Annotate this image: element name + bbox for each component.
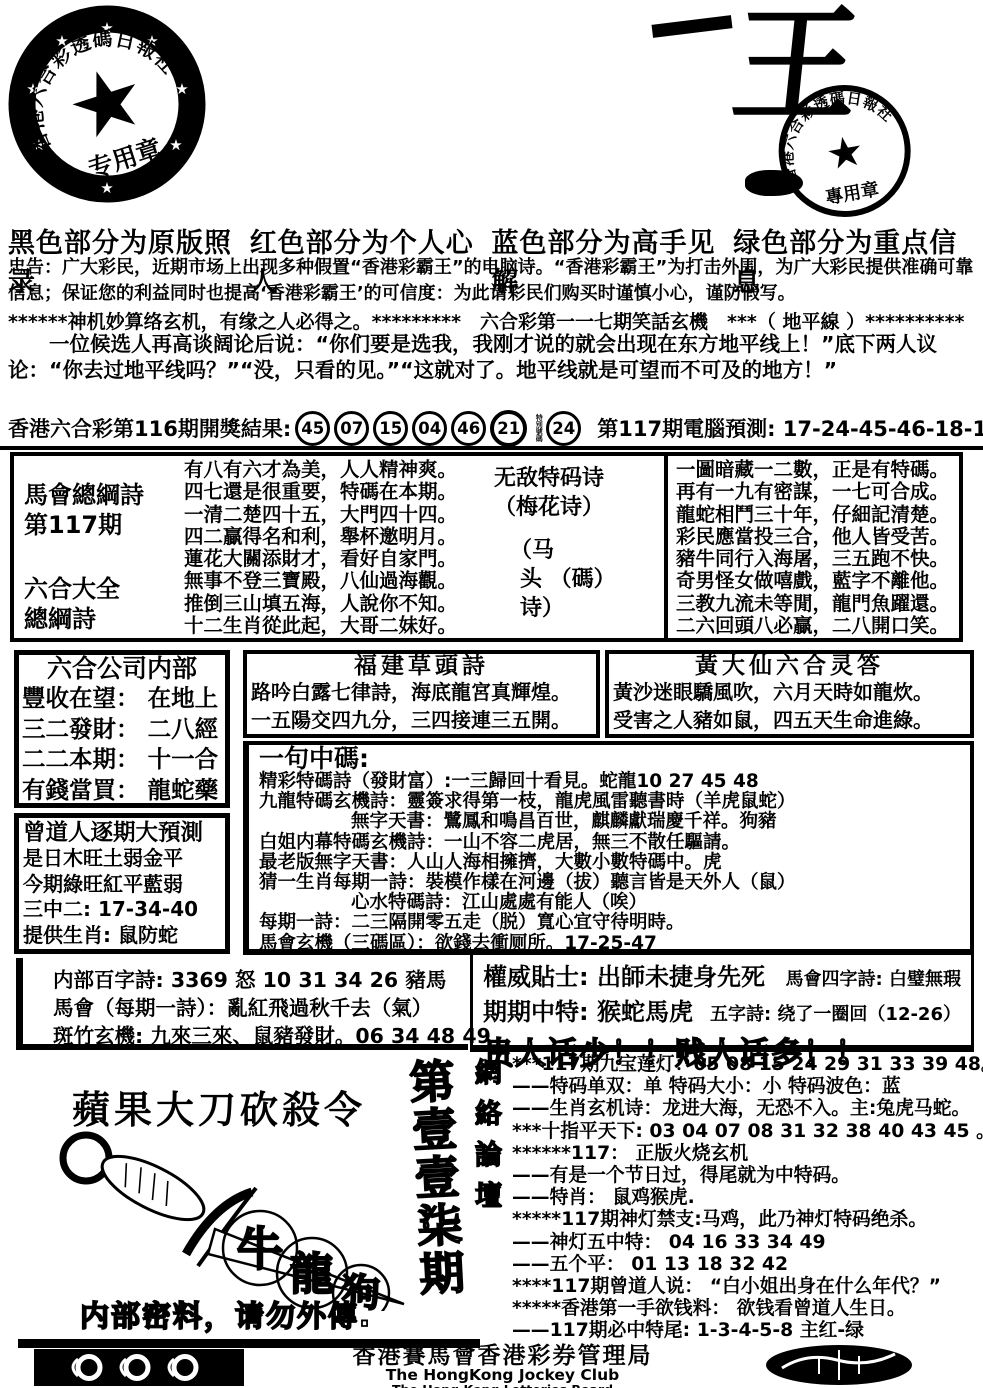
poem-line: 四七還是很重要，特碼在本期。 xyxy=(184,481,494,503)
stamp-star-icon: ★ xyxy=(169,136,182,154)
dagger-illustration: 牛 龍 狗 xyxy=(48,1126,423,1315)
code-line: 精彩特碼詩（發財富）:一三歸回十看見。蛇龍10 27 45 48 xyxy=(259,772,970,792)
forum-line: ——神灯五中特： 04 16 33 34 49 xyxy=(512,1232,980,1254)
heading-line: 无敌特码诗 xyxy=(494,464,664,493)
tip-line: 期期中特: 猴蛇馬虎 xyxy=(483,992,693,1027)
code-line: 每期一詩：二三隔開零五走（脱）寬心宜守待明時。 xyxy=(259,913,970,933)
stamp-star-icon: ★ xyxy=(175,80,188,98)
draw-number-ball: 45 xyxy=(295,411,330,446)
joke-paragraph: 一位候选人再高谈阔论后说：“你们要是选我，我刚才说的就会出现在东方地平线上！”底… xyxy=(8,331,977,383)
box-title: 曾道人逐期大預測 xyxy=(23,820,221,846)
net-forum-banner-vertical: 網絡論壇 xyxy=(466,1058,505,1303)
box-title: 黃大仙六合灵答 xyxy=(613,654,966,679)
heading-line: （梅花诗） xyxy=(494,493,664,522)
authority-tips-box: 權威貼士: 出師未捷身先死 馬會四字詩: 白璧無瑕 期期中特: 猴蛇馬虎 五字詩… xyxy=(470,951,974,1052)
net-forum-list: ***117期九宝莲灯：05 08 15 24 29 31 33 39 48。 … xyxy=(512,1054,980,1343)
tip-line: 豐收在望： 在地上 xyxy=(22,683,222,714)
draw-number-ball: 04 xyxy=(412,411,447,446)
heading-line: 六合大全 xyxy=(24,574,182,604)
lotteries-board-logo-graphic xyxy=(764,1344,914,1386)
forum-line: ——五个平： 01 13 18 32 42 xyxy=(512,1254,980,1276)
one-sentence-code-box: 一句中碼: 精彩特碼詩（發財富）:一三歸回十看見。蛇龍10 27 45 48 九… xyxy=(243,741,974,955)
box-title: 六合公司内部 xyxy=(22,655,222,683)
poem-line: 豬牛同行入海屠，三五跑不快。 xyxy=(676,548,959,570)
forum-line: *****117期神灯禁支:马鸡，此乃神灯特码绝杀。 xyxy=(512,1209,980,1231)
heading-line: 總綱詩 xyxy=(24,604,182,634)
forum-line: ——117期必中特尾: 1-3-4-5-8 主红-绿 xyxy=(512,1320,980,1342)
tip-line: 是日木旺土弱金平 xyxy=(23,846,221,872)
poem-line: 蓮花大關添財才，看好自家門。 xyxy=(184,548,494,570)
poem-line: 十二生肖從此起，大哥二妹好。 xyxy=(184,615,494,637)
code-line: 白姐内幕特碼玄機詩：一山不容二虎居，無三不散任驅請。 xyxy=(259,833,970,853)
draw-number-ball: 15 xyxy=(373,411,408,446)
official-stamp-right: 香港六合彩透碼日報社 ★ 專用章 xyxy=(760,66,930,239)
master-box-headings: 馬會總綱詩 第117期 六合大全 總綱詩 xyxy=(14,456,184,638)
horizontal-rule xyxy=(0,446,983,450)
stamp-seal-label: 專用章 xyxy=(824,178,881,209)
poem-line: 一五陽交四九分，三四接連三五開。 xyxy=(251,707,592,735)
code-line: 最老版無字天書：人山人海相擁擠，大數小數特碼中。虎 xyxy=(259,853,970,873)
company-internal-box: 六合公司内部 豐收在望： 在地上 三二發財： 二八經 二二本期： 十一合 有錢當… xyxy=(14,650,230,808)
huangdaxian-poem-box: 黃大仙六合灵答 黃沙迷眼驕風吹，六月天時如龍炊。 受害之人豬如鼠，四五天生命進綠… xyxy=(605,650,974,738)
poem-line: 二六回頭八必贏，二八開口笑。 xyxy=(676,615,959,637)
poem-line: 再有一九有密謀，一七可合成。 xyxy=(676,481,959,503)
forum-line: ——特肖： 鼠鸡猴虎. xyxy=(512,1187,980,1209)
master-poem-right: 一圖暗藏一二數，正是有特碼。 再有一九有密謀，一七可合成。 龍蛇相鬥三十年，仔細… xyxy=(664,456,959,638)
poem-line: 推倒三山填五海，人說你不知。 xyxy=(184,593,494,615)
poem-line: 受害之人豬如鼠，四五天生命進綠。 xyxy=(613,707,966,735)
footer-org-english: The HongKong Jockey Club xyxy=(280,1368,725,1383)
poem-line: 無事不登三寶殿，八仙過海觀。 xyxy=(184,570,494,592)
zengdaoren-forecast-box: 曾道人逐期大預測 是日木旺土弱金平 今期綠旺紅平藍弱 三中二: 17-34-40… xyxy=(14,813,230,954)
draw-results-label: 香港六合彩第116期開獎結果: xyxy=(8,413,291,443)
hundred-word-poem-box: 内部百字詩: 3369 怒 10 31 34 26 豬馬 馬會（每期一詩）：亂紅… xyxy=(16,958,468,1050)
jockey-club-logo-graphic xyxy=(34,1349,244,1386)
forum-line: ——特码单双：单 特码大小：小 特码波色：蓝 xyxy=(512,1076,980,1098)
jockey-club-logo xyxy=(34,1349,244,1388)
poem-line: 三教九流未等閒，龍門魚躍還。 xyxy=(676,593,959,615)
official-stamp-left: ★ ★ ★ ★ ★ ★ ★ ★ 香港六合彩透碼日報社 ★ 专用章 xyxy=(6,2,208,213)
forum-line: ***十指平天下: 03 04 07 08 31 32 38 40 43 45 … xyxy=(512,1121,980,1143)
box-title: 福建草頭詩 xyxy=(251,654,592,679)
tip-line: 馬會（每期一詩）：亂紅飛過秋千去（氣） xyxy=(53,994,468,1022)
poem-line: 一清二楚四十五，大門四十四。 xyxy=(184,504,494,526)
dagger-graphic: 牛 龍 狗 xyxy=(48,1126,423,1311)
draw-results-row: 香港六合彩第116期開獎結果: 45 07 15 04 46 21 特別號碼 2… xyxy=(8,411,977,445)
code-line: 九龍特碼玄機詩：靈簽求得第一枝，龍虎風雷聽書時（羊虎鼠蛇） xyxy=(259,792,970,812)
tip-line: 二二本期： 十一合 xyxy=(22,744,222,775)
footer-org-chinese: 香港賽馬會香港彩券管理局 xyxy=(280,1344,725,1368)
internal-material-note: 内部密料，请勿外傳. xyxy=(80,1294,372,1335)
tip-line: 有錢當買： 龍蛇藥 xyxy=(22,775,222,806)
stamp-star-icon: ★ xyxy=(100,179,113,197)
master-poem-box: 馬會總綱詩 第117期 六合大全 總綱詩 有八有六才為美，人人精神爽。 四七還是… xyxy=(10,452,963,642)
forum-line: ****117期曾道人说： “白小姐出身在什么年代？” xyxy=(512,1276,980,1298)
tip-line: 權威貼士: 出師未捷身先死 xyxy=(483,957,765,992)
forum-line: ******117： 正版火烧玄机 xyxy=(512,1143,980,1165)
code-line: 無字天書：鷺鳳和鳴昌百世，麒麟獻瑞慶千祥。狗豬 xyxy=(259,812,970,832)
heading-line: 头 （碼） xyxy=(494,565,664,594)
tip-line: 五字詩: 绕了一圈回（12-26） xyxy=(710,1000,961,1026)
poem-line: 龍蛇相鬥三十年，仔細記清楚。 xyxy=(676,504,959,526)
poem-line: 奇男怪女做嘻戲，藍字不離他。 xyxy=(676,570,959,592)
special-number-tag: 特別號碼 xyxy=(531,414,542,442)
zodiac-char-dragon: 龍 xyxy=(290,1249,334,1300)
tip-line: 内部百字詩: 3369 怒 10 31 34 26 豬馬 xyxy=(53,966,468,994)
poem-line: 彩民應當投三合，他人皆受苦。 xyxy=(676,526,959,548)
heading-line: 第117期 xyxy=(24,510,182,540)
heading-line: 馬會總綱詩 xyxy=(24,480,182,510)
tip-line: 斑竹玄機: 九來三來、鼠豬發財。06 34 48 49 xyxy=(53,1022,468,1050)
footer-org-english-sub: The Hong Kong Lotteries Board xyxy=(280,1383,725,1388)
fujian-poem-box: 福建草頭詩 路吟白露七律詩，海底龍宮真輝煌。 一五陽交四九分，三四接連三五開。 xyxy=(243,650,600,738)
code-line: 猜一生肖每期一詩：裝模作樣在河邊（拔）聽言皆是天外人（鼠） xyxy=(259,873,970,893)
tip-line: 提供生肖: 鼠防蛇 xyxy=(23,923,221,949)
draw-number-ball: 21 xyxy=(490,410,527,447)
computer-prediction: 第117期電腦預測: 17-24-45-46-18-19T: 10 xyxy=(597,413,983,443)
stamp-center-star-icon: ★ xyxy=(822,125,868,180)
forum-line: *****香港第一手欲钱料： 欲钱看曾道人生日。 xyxy=(512,1298,980,1320)
stamp-left-graphic: ★ ★ ★ ★ ★ ★ ★ ★ 香港六合彩透碼日報社 ★ 专用章 xyxy=(6,2,208,209)
lotteries-board-logo xyxy=(764,1344,914,1388)
special-number-ball: 24 xyxy=(546,411,581,446)
tip-line: 今期綠旺紅平藍弱 xyxy=(23,872,221,898)
draw-number-ball: 07 xyxy=(334,411,369,446)
poem-line: 有八有六才為美，人人精神爽。 xyxy=(184,459,494,481)
master-poem-left: 有八有六才為美，人人精神爽。 四七還是很重要，特碼在本期。 一清二楚四十五，大門… xyxy=(184,456,494,638)
notice-body: 忠告：广大彩民，近期市场上出现多种假置“香港彩霸王”的电脑诗。“香港彩霸王”为打… xyxy=(8,255,977,306)
forum-line: ***117期九宝莲灯：05 08 15 24 29 31 33 39 48。 xyxy=(512,1054,980,1076)
tip-line: 三二發財： 二八經 xyxy=(22,714,222,745)
stamp-right-graphic: 香港六合彩透碼日報社 ★ 專用章 xyxy=(760,66,929,235)
heading-line: （马 xyxy=(494,536,664,565)
lottery-newspaper-page: ★ ★ ★ ★ ★ ★ ★ ★ 香港六合彩透碼日報社 ★ 专用章 王 xyxy=(0,0,983,1388)
code-line: 心水特碼詩：江山處處有能人（唉） xyxy=(259,893,970,913)
masthead-stroke xyxy=(652,15,733,38)
publisher-notice: 忠告：广大彩民，近期市场上出现多种假置“香港彩霸王”的电脑诗。“香港彩霸王”为打… xyxy=(8,255,977,336)
heading-line: 诗） xyxy=(494,594,664,623)
forum-line: ——有是一个节日过，得尾就为中特码。 xyxy=(512,1165,980,1187)
tip-line: 三中二: 17-34-40 xyxy=(23,897,221,923)
zodiac-char-ox: 牛 xyxy=(237,1222,283,1276)
footer-organization: 香港賽馬會香港彩券管理局 The HongKong Jockey Club Th… xyxy=(280,1344,725,1388)
draw-number-ball: 46 xyxy=(451,411,486,446)
issue-banner-vertical: 第壹壹柒期 xyxy=(394,1056,474,1351)
poem-line: 一圖暗藏一二數，正是有特碼。 xyxy=(676,459,959,481)
box-title: 一句中碼: xyxy=(259,745,970,772)
poem-line: 四二贏得名和利，舉杯邀明月。 xyxy=(184,526,494,548)
tip-line: 馬會四字詩: 白璧無瑕 xyxy=(786,965,961,991)
invincible-code-heading: 无敌特码诗 （梅花诗） （马 头 （碼） 诗） xyxy=(494,456,664,638)
poem-line: 黃沙迷眼驕風吹，六月天時如龍炊。 xyxy=(613,679,966,707)
poem-line: 路吟白露七律詩，海底龍宮真輝煌。 xyxy=(251,679,592,707)
forum-line: ——生肖玄机诗：龙进大海，无恐不入。主:兔虎马蛇。 xyxy=(512,1098,980,1120)
